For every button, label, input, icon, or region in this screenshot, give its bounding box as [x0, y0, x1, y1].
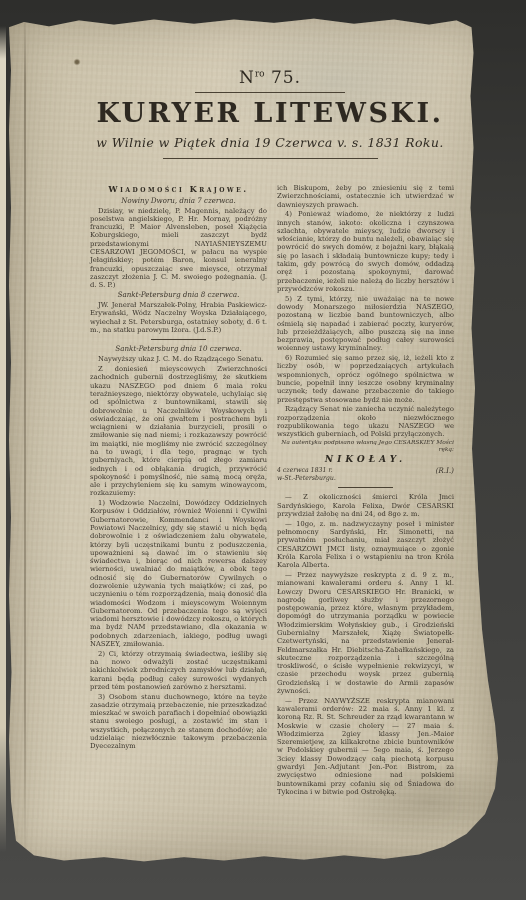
- paper-fold-line: [24, 10, 26, 870]
- scanned-newspaper: Nro 75. KURYER LITEWSKI. w Wilnie w Piąt…: [0, 0, 526, 900]
- article-body: Wiadomości Krajowe.Nowiny Dworu, dnia 7 …: [90, 184, 454, 798]
- paragraph: ich Biskupom, żeby po zniesieniu się z t…: [277, 184, 454, 209]
- paragraph: 2) Ci, którzy otrzymaią świadectwa, ieśl…: [90, 650, 267, 691]
- signature-note: Na autentyku podpisano własną Jego CESAR…: [277, 440, 454, 454]
- dateline-heading: Sankt-Petersburg dnia 8 czerwca.: [90, 291, 267, 300]
- paragraph: — 10go, z. m. nadzwyczayny poseł i minis…: [277, 520, 454, 570]
- paragraph: Naywyższy ukaz J. C. M. do Rządzącego Se…: [90, 355, 267, 363]
- paragraph: 4) Ponieważ wiadomo, że niektórzy z ludz…: [277, 210, 454, 293]
- dateline-heading: Sankt-Petersburg dnia 10 czerwca.: [90, 345, 267, 354]
- newspaper-page: Nro 75. KURYER LITEWSKI. w Wilnie w Piąt…: [4, 10, 504, 870]
- signature-row: 4 czerwca 1831 r. w-St.-Petersburgu.(R.I…: [277, 467, 454, 482]
- paragraph: Z doniesień mieyscowych Zwierzchności za…: [90, 365, 267, 498]
- signature-name: NIKOŁAY.: [277, 455, 454, 466]
- paragraph: Dzisiay, w niedzielę, P. Magennis, należ…: [90, 207, 267, 290]
- paragraph: 1) Wodzowie Naczelni, Dowódzcy Oddzielny…: [90, 499, 267, 648]
- newspaper-title: KURYER LITEWSKI.: [90, 98, 450, 129]
- right-column: ich Biskupom, żeby po zniesieniu się z t…: [277, 184, 454, 798]
- masthead-dateline: w Wilnie w Piątek dnia 19 Czerwca v. s. …: [90, 135, 450, 150]
- paragraph: 6) Rozumieć się samo przez się, iż, ieże…: [277, 354, 454, 404]
- issue-value: 75.: [271, 68, 301, 88]
- adjacent-page-edge: [0, 26, 6, 852]
- paragraph: — Przez naywyższe reskrypta z d. 9 z. m.…: [277, 571, 454, 695]
- section-divider: [338, 487, 393, 488]
- paragraph: — Z okoliczności śmierci Króla Jmci Sard…: [277, 493, 454, 518]
- issue-superscript: ro: [255, 69, 265, 79]
- signature-date-place: 4 czerwca 1831 r. w-St.-Petersburgu.: [277, 467, 336, 482]
- paragraph: 3) Osobom stanu duchownego, które na tey…: [90, 693, 267, 751]
- masthead: Nro 75. KURYER LITEWSKI. w Wilnie w Piąt…: [90, 68, 450, 159]
- paragraph: JW. Jenerał Marszałek-Polny, Hrabia Pask…: [90, 301, 267, 334]
- signature-seal: (R.I.): [436, 467, 454, 476]
- paragraph: 5) Z tymi, którzy, nie uważaiąc na te no…: [277, 295, 454, 353]
- issue-label: N: [239, 68, 255, 88]
- paragraph: Rządzący Senat nie zaniecha uczynić nale…: [277, 405, 454, 438]
- dateline-heading: Nowiny Dworu, dnia 7 czerwca.: [90, 197, 267, 206]
- masthead-rule-top: [195, 92, 345, 93]
- paragraph: — Przez NAYWYŻSZE reskrypta mianowani ka…: [277, 697, 454, 796]
- section-heading: Wiadomości Krajowe.: [90, 184, 267, 194]
- section-divider: [151, 339, 206, 340]
- masthead-rule-bottom: [163, 158, 378, 159]
- left-column: Wiadomości Krajowe.Nowiny Dworu, dnia 7 …: [90, 184, 267, 798]
- issue-number: Nro 75.: [90, 68, 450, 88]
